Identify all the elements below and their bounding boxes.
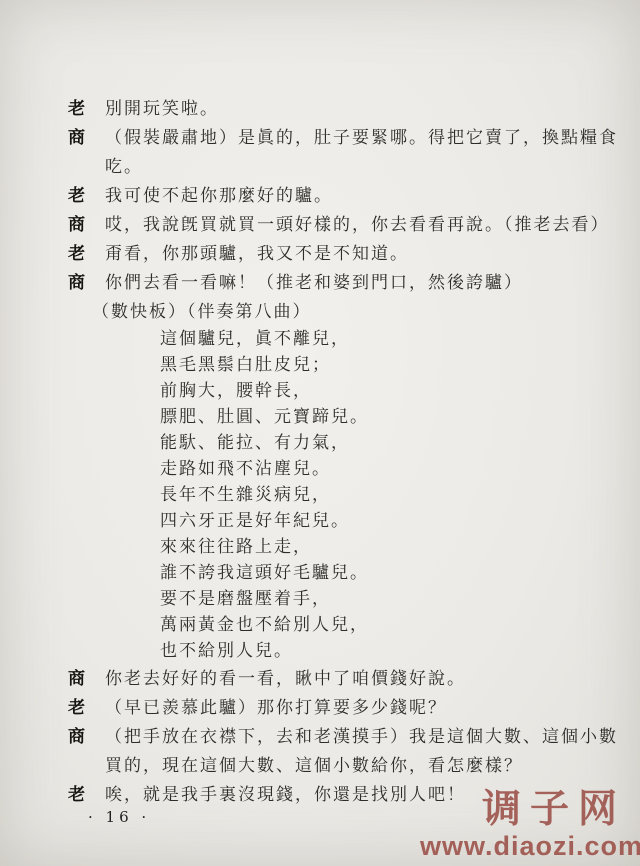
dialogue-line: 你們去看一看嘛！（推老和婆到門口，然後誇驢） (105, 268, 622, 297)
scanned-book-page: 老 別開玩笑啦。 商 （假裝嚴肅地）是眞的，肚子要緊哪。得把它賣了，換點糧食 吃… (0, 0, 640, 866)
music-cue: （數快板）（伴奏第八曲） (92, 297, 622, 326)
speaker-label: 商 (68, 268, 105, 297)
dialogue-text: 我可使不起你那麼好的驢。 (105, 181, 622, 210)
dialogue-row: 老 （早已羨慕此驢）那你打算要多少錢呢？ (68, 693, 622, 722)
dialogue-line: （假裝嚴肅地）是眞的，肚子要緊哪。得把它賣了，換點糧食 (105, 123, 622, 152)
speaker-label: 商 (68, 722, 105, 751)
verse-line: 長年不生雜災病兒， (160, 482, 622, 508)
verse-line: 走路如飛不沾塵兒。 (160, 456, 622, 482)
verse-line: 這個驢兒，眞不離兒， (160, 326, 622, 352)
verse-line: 要不是磨盤壓着手， (160, 586, 622, 612)
dialogue-row: 商 （把手放在衣襟下，去和老漢摸手）我是這個大數、這個小數 買的，現在這個大數、… (68, 722, 622, 780)
page-number: · 16 · (88, 808, 150, 826)
speaker-label: 商 (68, 664, 105, 693)
speaker-label: 老 (68, 181, 105, 210)
verse-line: 能馱、能拉、有力氣， (160, 430, 622, 456)
verse-line: 黑毛黑鬃白肚皮兒； (160, 352, 622, 378)
dialogue-text: 哎，我說旣買就買一頭好樣的，你去看看再說。（推老去看） (105, 210, 622, 239)
watermark-site-name: 调子网 (420, 790, 626, 829)
verse-line: 前胸大，腰幹長， (160, 378, 622, 404)
dialogue-text: 別開玩笑啦。 (105, 94, 622, 123)
dialogue-row: 老 甭看，你那頭驢，我又不是不知道。 (68, 239, 622, 268)
verse-line: 四六牙正是好年紀兒。 (160, 508, 622, 534)
dialogue-row: 商 你們去看一看嘛！（推老和婆到門口，然後誇驢） (68, 268, 622, 297)
watermark-site-url: www.diaozi.com (420, 833, 640, 860)
verse-line: 萬兩黃金也不給別人兒， (160, 612, 622, 638)
speaker-label: 老 (68, 239, 105, 268)
dialogue-row: 老 我可使不起你那麼好的驢。 (68, 181, 622, 210)
dialogue-text: 你老去好好的看一看，瞅中了咱價錢好說。 (105, 664, 622, 693)
dialogue-row: 商 哎，我說旣買就買一頭好樣的，你去看看再說。（推老去看） (68, 210, 622, 239)
page-content: 老 別開玩笑啦。 商 （假裝嚴肅地）是眞的，肚子要緊哪。得把它賣了，換點糧食 吃… (68, 94, 622, 809)
dialogue-text: （假裝嚴肅地）是眞的，肚子要緊哪。得把它賣了，換點糧食 吃。 (105, 123, 622, 181)
dialogue-text: （早已羨慕此驢）那你打算要多少錢呢？ (105, 693, 622, 722)
dialogue-row: 商 （假裝嚴肅地）是眞的，肚子要緊哪。得把它賣了，換點糧食 吃。 (68, 123, 622, 181)
verse-block: 這個驢兒，眞不離兒， 黑毛黑鬃白肚皮兒； 前胸大，腰幹長， 膘肥、肚圓、元寶蹄兒… (160, 326, 622, 664)
verse-line: 誰不誇我這頭好毛驢兒。 (160, 560, 622, 586)
speaker-label: 老 (68, 780, 105, 809)
dialogue-line: 哎，我說旣買就買一頭好樣的，你去看看再說。（推老去看） (105, 210, 622, 239)
dialogue-text: 你們去看一看嘛！（推老和婆到門口，然後誇驢） (105, 268, 622, 297)
speaker-label: 老 (68, 94, 105, 123)
dialogue-line: 吃。 (105, 152, 622, 181)
dialogue-line: 我可使不起你那麼好的驢。 (105, 181, 622, 210)
dialogue-line: （把手放在衣襟下，去和老漢摸手）我是這個大數、這個小數 (105, 722, 622, 751)
dialogue-text: 甭看，你那頭驢，我又不是不知道。 (105, 239, 622, 268)
dialogue-row: 商 你老去好好的看一看，瞅中了咱價錢好說。 (68, 664, 622, 693)
verse-line: 來來往往路上走， (160, 534, 622, 560)
dialogue-line: 別開玩笑啦。 (105, 94, 622, 123)
dialogue-text: （把手放在衣襟下，去和老漢摸手）我是這個大數、這個小數 買的，現在這個大數、這個… (105, 722, 622, 780)
speaker-label: 商 (68, 123, 105, 152)
dialogue-row: 老 別開玩笑啦。 (68, 94, 622, 123)
dialogue-line: 你老去好好的看一看，瞅中了咱價錢好說。 (105, 664, 622, 693)
verse-line: 膘肥、肚圓、元寶蹄兒。 (160, 404, 622, 430)
dialogue-line: 甭看，你那頭驢，我又不是不知道。 (105, 239, 622, 268)
speaker-label: 商 (68, 210, 105, 239)
dialogue-line: （早已羨慕此驢）那你打算要多少錢呢？ (105, 693, 622, 722)
speaker-label: 老 (68, 693, 105, 722)
watermark: 调子网 www.diaozi.com (420, 790, 640, 860)
verse-line: 也不給別人兒。 (160, 638, 622, 664)
dialogue-line: 買的，現在這個大數、這個小數給你，看怎麼樣？ (105, 751, 622, 780)
